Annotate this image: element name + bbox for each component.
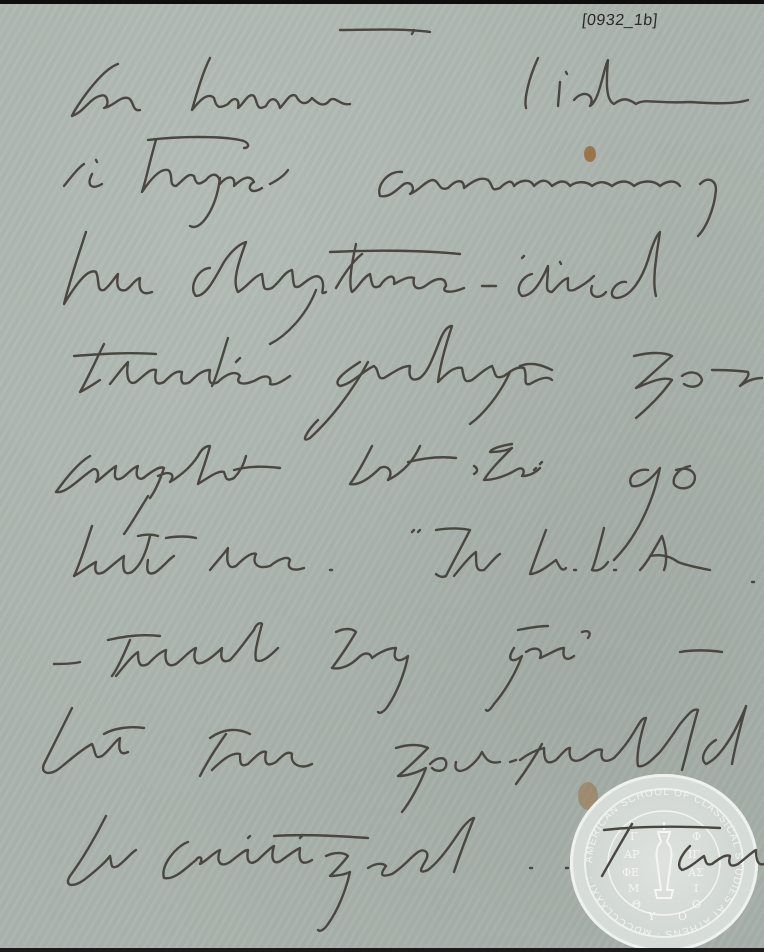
handwritten-line-6 (74, 526, 754, 582)
handwritten-line-2 (64, 137, 716, 236)
handwriting (0, 0, 764, 952)
handwritten-line-8 (43, 706, 746, 812)
handwritten-line-3 (64, 232, 660, 344)
scan-bottom-border (0, 948, 764, 952)
handwritten-line-1 (72, 30, 748, 117)
handwritten-line-9 (68, 816, 764, 931)
handwritten-line-4 (74, 326, 762, 440)
letter-page: [0932_1b] AMERICAN SCHOOL OF CLASSICAL S… (0, 4, 764, 950)
handwritten-line-7 (54, 623, 722, 713)
